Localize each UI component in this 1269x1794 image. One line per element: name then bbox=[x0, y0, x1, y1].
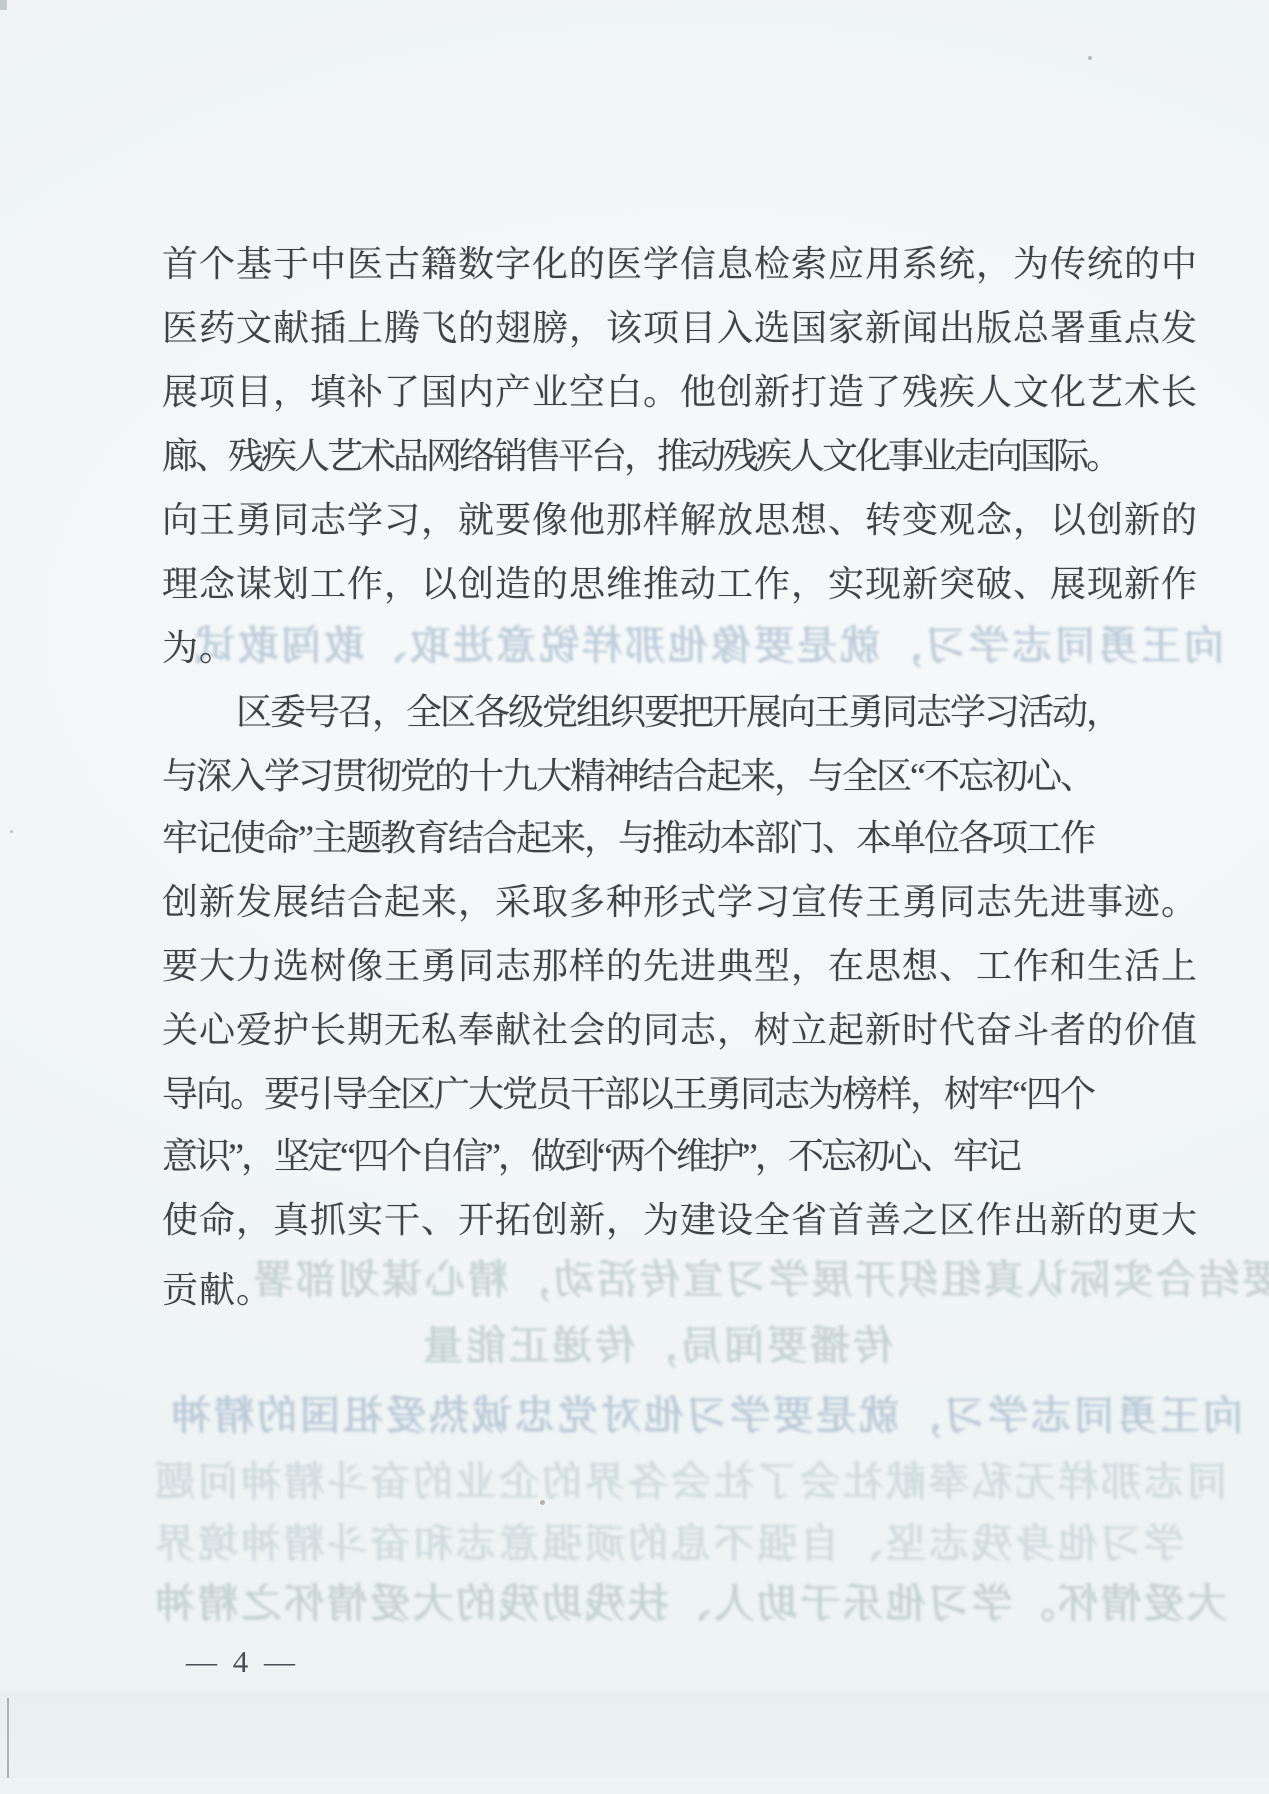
paragraph2-line-1: 区委号召，全区各级党组织要把开展向王勇同志学习活动， bbox=[236, 684, 1120, 735]
bleedthrough-line: 要结合实际认真组织开展学习宣传活动，精心谋划部署 bbox=[250, 1248, 1269, 1305]
paragraph2-line-10: 贡献。 bbox=[162, 1262, 273, 1313]
scanned-document-page: 向王勇同志学习，就是要像他那样锐意进取、敢闯敢试 要结合实际认真组织开展学习宣传… bbox=[0, 0, 1269, 1794]
paragraph1-line-4: 廊、残疾人艺术品网络销售平台，推动残疾人文化事业走向国际。 bbox=[162, 428, 1119, 479]
scan-edge-line bbox=[7, 1698, 9, 1778]
paragraph2-line-4: 创新发展结合起来，采取多种形式学习宣传王勇同志先进事迹。 bbox=[162, 874, 1198, 925]
paragraph2-line-6: 关心爱护长期无私奉献社会的同志，树立起新时代奋斗者的价值 bbox=[162, 1002, 1198, 1053]
paragraph1-line-2: 医药文献插上腾飞的翅膀，该项目入选国家新闻出版总署重点发 bbox=[162, 300, 1198, 351]
bleedthrough-line: 向王勇同志学习，就是要像他那样锐意进取、敢闯敢试 bbox=[192, 614, 1224, 671]
paragraph2-line-2: 与深入学习贯彻党的十九大精神结合起来，与全区“不忘初心、 bbox=[162, 748, 1094, 799]
scan-speck bbox=[10, 830, 13, 833]
paragraph1-line-6: 理念谋划工作，以创造的思维推动工作，实现新突破、展现新作 bbox=[162, 556, 1198, 607]
paragraph1-line-3: 展项目，填补了国内产业空白。他创新打造了残疾人文化艺术长 bbox=[162, 364, 1198, 415]
scan-speck bbox=[540, 1500, 545, 1505]
bleedthrough-line: 向王勇同志学习，就是要学习他对党忠诚热爱祖国的精神 bbox=[168, 1384, 1243, 1441]
paragraph1-line-7: 为。 bbox=[162, 620, 236, 671]
bleedthrough-line: 学习他身残志坚、自强不息的顽强意志和奋斗精神境界 bbox=[152, 1512, 1184, 1569]
scan-corner-mark bbox=[0, 0, 7, 10]
scan-speck bbox=[1088, 56, 1092, 60]
bleedthrough-line: 大爱情怀。学习他乐于助人、扶残助残的大爱情怀之精神 bbox=[152, 1572, 1227, 1629]
bleedthrough-line: 传播要闻局，传递正能量 bbox=[420, 1314, 893, 1371]
paragraph1-line-5: 向王勇同志学习，就要像他那样解放思想、转变观念，以创新的 bbox=[162, 492, 1198, 543]
paragraph1-line-1: 首个基于中医古籍数字化的医学信息检索应用系统，为传统的中 bbox=[162, 236, 1198, 287]
paragraph2-line-8: 意识”，坚定“四个自信”，做到“两个维护”，不忘初心、牢记 bbox=[162, 1128, 1019, 1179]
paragraph2-line-5: 要大力选树像王勇同志那样的先进典型，在思想、工作和生活上 bbox=[162, 938, 1198, 989]
page-number: — 4 — bbox=[186, 1644, 299, 1680]
paragraph2-line-7: 导向。要引导全区广大党员干部以王勇同志为榜样，树牢“四个 bbox=[162, 1066, 1094, 1117]
paragraph2-line-9: 使命，真抓实干、开拓创新，为建设全省首善之区作出新的更大 bbox=[162, 1192, 1198, 1243]
scan-texture-band bbox=[0, 1692, 1269, 1778]
bleedthrough-line: 同志那样无私奉献社会了社会各界的企业的奋斗精神问题 bbox=[152, 1450, 1227, 1507]
paragraph2-line-3: 牢记使命”主题教育结合起来，与推动本部门、本单位各项工作 bbox=[162, 810, 1094, 861]
